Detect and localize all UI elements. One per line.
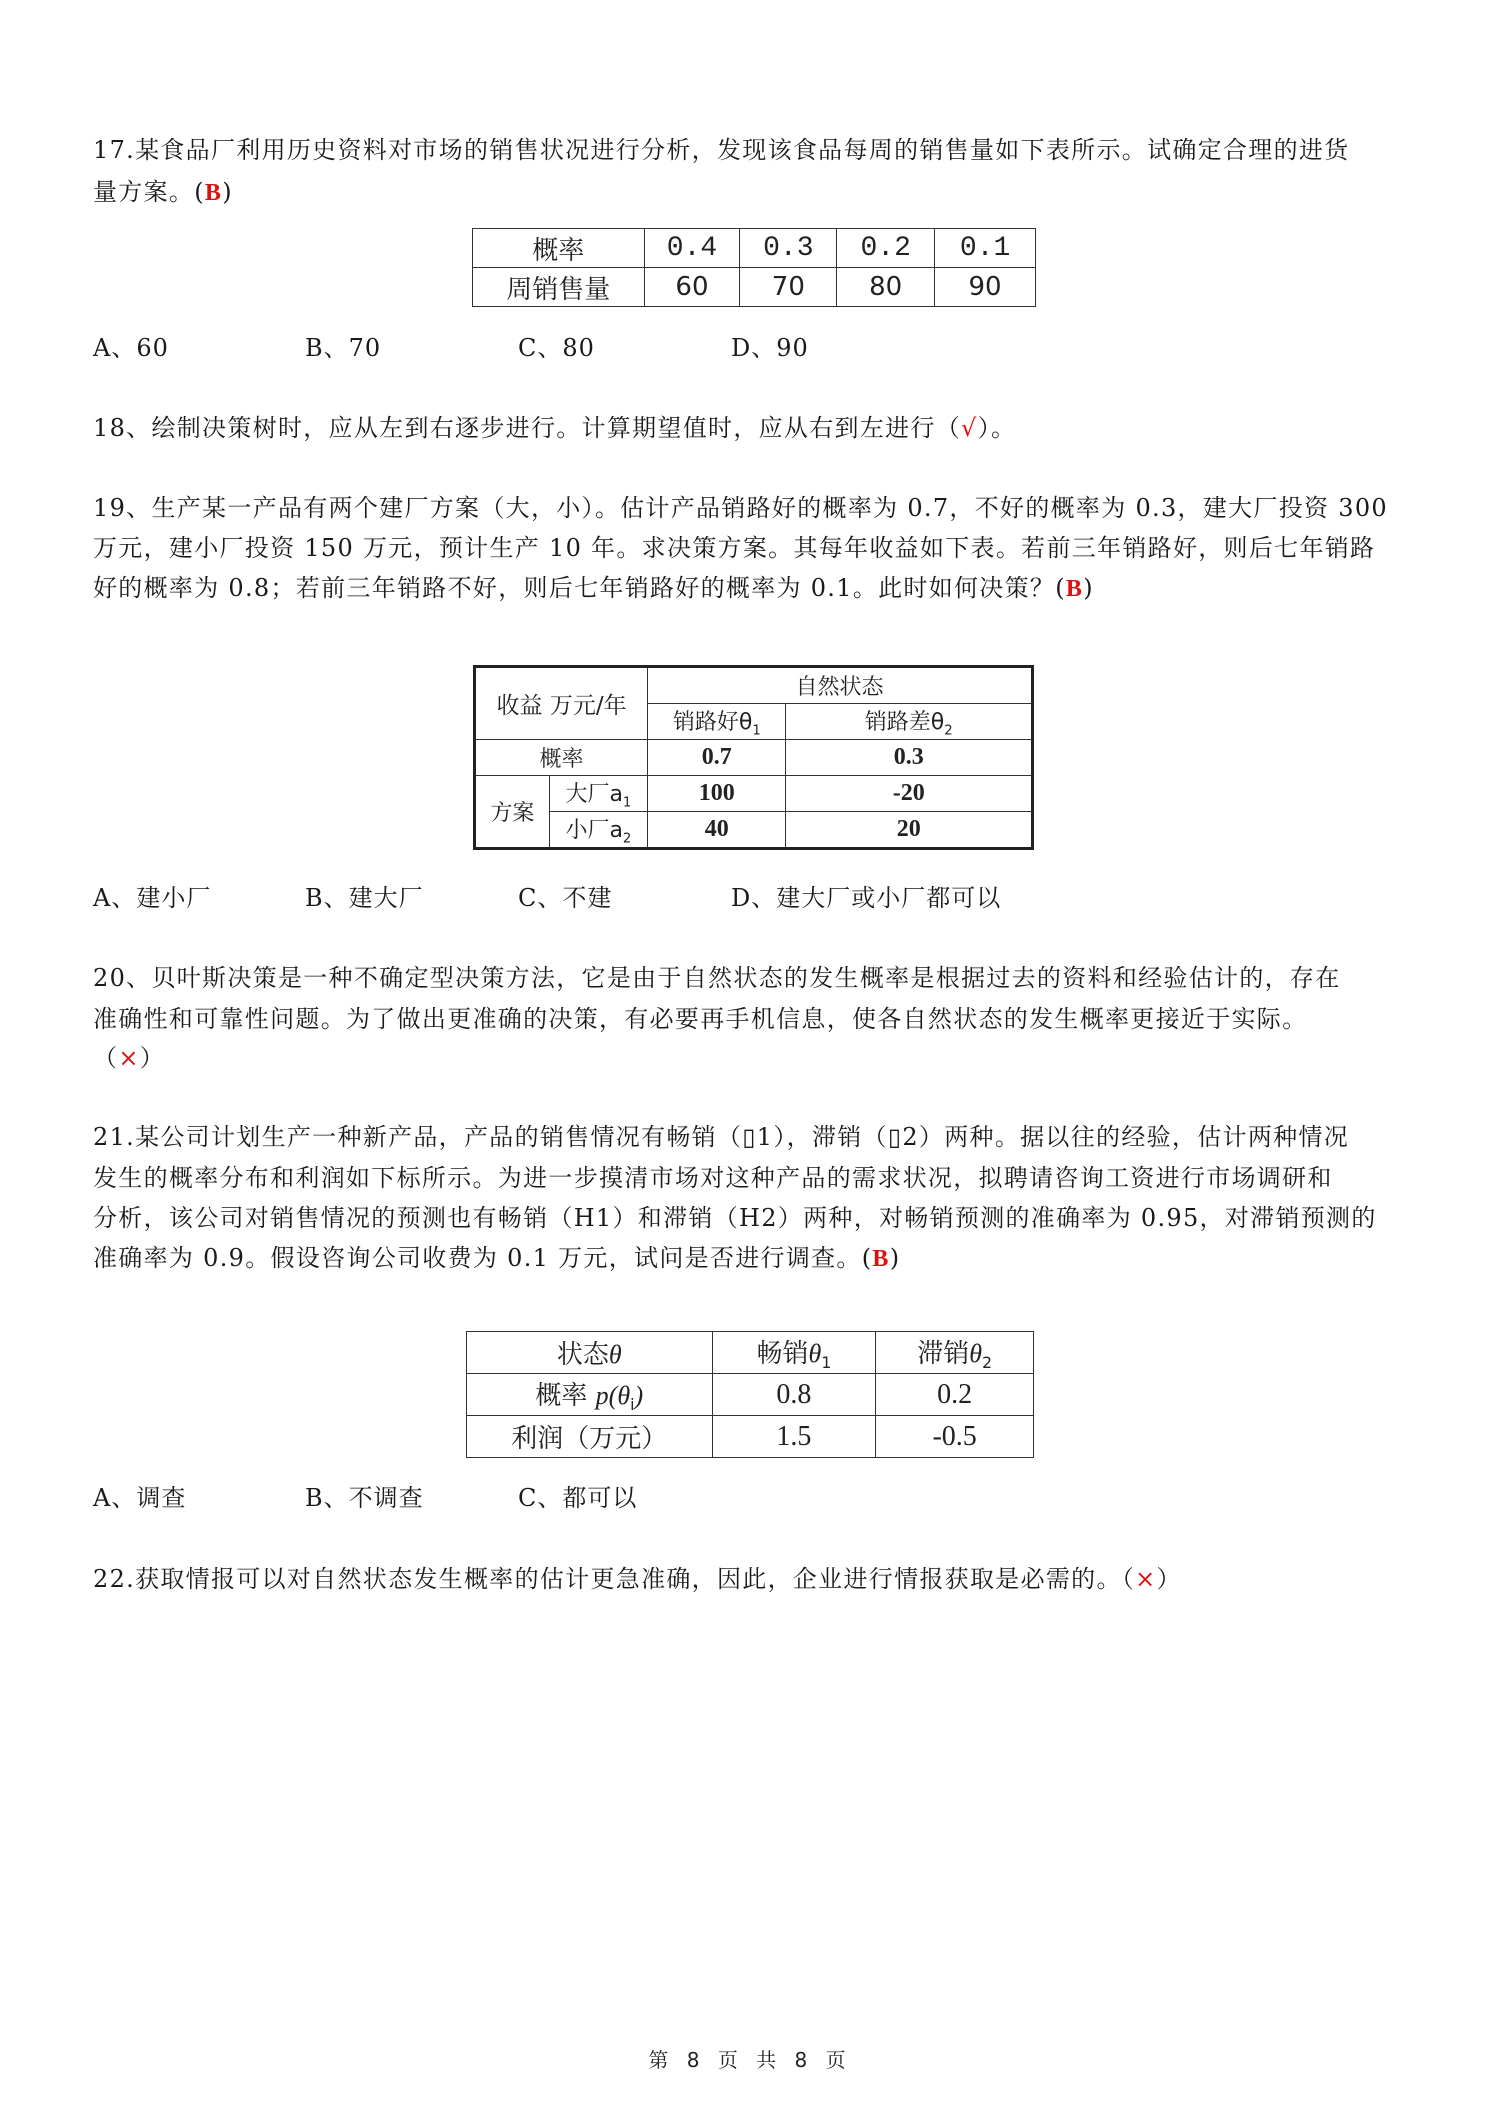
answer-paren-close: ) <box>1083 574 1094 602</box>
table-corner-cell: 收益 万元/年 <box>475 667 648 740</box>
subscript: 2 <box>982 1354 992 1372</box>
answer-paren-open: ( <box>862 1244 873 1272</box>
col-good-label: 销路好θ <box>673 710 752 735</box>
table-cell: 概率 <box>473 229 645 268</box>
q20-line-3: （×） <box>93 1043 165 1073</box>
q19-line-2: 万元，建小厂投资 150 万元，预计生产 10 年。求决策方案。其每年收益如下表… <box>93 533 1375 563</box>
q19-line-3: 好的概率为 0.8；若前三年销路不好，则后七年销路好的概率为 0.1。此时如何决… <box>93 573 1094 604</box>
table-cell: 0.1 <box>935 229 1036 268</box>
table-cell: -0.5 <box>876 1416 1034 1458</box>
table-cell: -20 <box>786 776 1033 812</box>
answer-paren-close: ) <box>890 1244 901 1272</box>
q22-tail: ） <box>1157 1565 1182 1593</box>
table-cell: 20 <box>786 812 1033 849</box>
table-cell: 60 <box>644 268 740 307</box>
q21-line-4-text: 准确率为 0.9。假设咨询公司收费为 0.1 万元，试问是否进行调查。 <box>93 1244 862 1272</box>
table-header-cell: 自然状态 <box>648 667 1033 704</box>
paren-close: ) <box>634 1381 643 1410</box>
q21-line-3: 分析，该公司对销售情况的预测也有畅销（H1）和滞销（H2）两种，对畅销预测的准确… <box>93 1203 1377 1233</box>
table-header-cell: 滞销θ2 <box>876 1332 1034 1374</box>
subscript: 2 <box>944 723 952 738</box>
table-row: 概率 0.4 0.3 0.2 0.1 <box>473 229 1036 268</box>
q17-option-c: C、80 <box>518 333 595 363</box>
question-18: 18、绘制决策树时，应从左到右逐步进行。计算期望值时，应从右到左进行（√）。 <box>93 413 1016 443</box>
cross-mark-icon: × <box>118 1044 139 1072</box>
table-cell: 概率 <box>475 740 648 776</box>
theta-symbol: θ <box>809 1339 822 1368</box>
q20-line-1: 20、贝叶斯决策是一种不确定型决策方法，它是由于自然状态的发生概率是根据过去的资… <box>93 963 1341 993</box>
q21-answer: B <box>872 1246 889 1272</box>
q21-option-a: A、调查 <box>93 1483 186 1513</box>
table-cell: 70 <box>740 268 837 307</box>
table-cell: 0.8 <box>712 1374 876 1416</box>
table-cell: 90 <box>935 268 1036 307</box>
big-plant-label: 大厂a <box>565 782 622 807</box>
q21-line-2: 发生的概率分布和利润如下标所示。为进一步摸清市场对这种产品的需求状况，拟聘请咨询… <box>93 1163 1333 1193</box>
q21-line-4: 准确率为 0.9。假设咨询公司收费为 0.1 万元，试问是否进行调查。(B) <box>93 1243 900 1274</box>
table-cell: 0.7 <box>648 740 786 776</box>
state-label: 状态 <box>557 1340 609 1370</box>
q17-option-a: A、60 <box>93 333 169 363</box>
table-header-cell: 状态θ <box>467 1332 713 1374</box>
small-plant-label: 小厂a <box>565 818 622 843</box>
table-cell: 小厂a2 <box>549 812 647 849</box>
answer-paren-close: ) <box>222 178 233 206</box>
question-22: 22.获取情报可以对自然状态发生概率的估计更急准确，因此，企业进行情报获取是必需… <box>93 1564 1182 1594</box>
q21-line-1: 21.某公司计划生产一种新产品，产品的销售情况有畅销（▯1），滞销（▯2）两种。… <box>93 1122 1349 1152</box>
table-cell: 40 <box>648 812 786 849</box>
q17-line-2: 量方案。(B) <box>93 177 233 208</box>
table-header-cell: 畅销θ1 <box>712 1332 876 1374</box>
slow-sale-label: 滞销 <box>917 1339 969 1369</box>
table-cell: 0.3 <box>740 229 837 268</box>
table-cell: 100 <box>648 776 786 812</box>
table-cell: 0.2 <box>837 229 935 268</box>
table-cell: 0.4 <box>644 229 740 268</box>
subscript: 1 <box>752 723 760 738</box>
hot-sale-label: 畅销 <box>757 1339 809 1369</box>
q17-option-b: B、70 <box>305 333 381 363</box>
table-row: 收益 万元/年 自然状态 <box>475 667 1033 704</box>
q19-option-c: C、不建 <box>518 883 612 913</box>
table-row: 概率 p(θi) 0.8 0.2 <box>467 1374 1034 1416</box>
table-row: 概率 0.7 0.3 <box>475 740 1033 776</box>
table-cell: 方案 <box>475 776 550 849</box>
q17-option-d: D、90 <box>731 333 809 363</box>
q19-option-a: A、建小厂 <box>93 883 211 913</box>
subscript: 1 <box>821 1354 831 1372</box>
table-row: 小厂a2 40 20 <box>475 812 1033 849</box>
table-header-cell: 销路好θ1 <box>648 704 786 740</box>
q17-answer: B <box>205 180 222 206</box>
q22-text: 22.获取情报可以对自然状态发生概率的估计更急准确，因此，企业进行情报获取是必需… <box>93 1565 1135 1593</box>
subscript: 2 <box>623 831 631 846</box>
q19-option-d: D、建大厂或小厂都可以 <box>731 883 1001 913</box>
table-row: 方案 大厂a1 100 -20 <box>475 776 1033 812</box>
q20-line-2: 准确性和可靠性问题。为了做出更准确的决策，有必要再手机信息，使各自然状态的发生概… <box>93 1004 1307 1034</box>
q19-line-1: 19、生产某一产品有两个建厂方案（大，小）。估计产品销路好的概率为 0.7，不好… <box>93 493 1388 523</box>
table-cell: 0.2 <box>876 1374 1034 1416</box>
q19-line-3-text: 好的概率为 0.8；若前三年销路不好，则后七年销路好的概率为 0.1。此时如何决… <box>93 574 1055 602</box>
q19-answer: B <box>1066 576 1083 602</box>
mark-paren-open: （ <box>93 1044 118 1072</box>
table-row: 周销售量 60 70 80 90 <box>473 268 1036 307</box>
table-cell: 80 <box>837 268 935 307</box>
q19-option-b: B、建大厂 <box>305 883 424 913</box>
theta-symbol: θ <box>969 1339 982 1368</box>
probability-label: 概率 <box>535 1381 595 1411</box>
mark-paren-close: ） <box>140 1044 165 1072</box>
q17-line-1: 17.某食品厂利用历史资料对市场的销售状况进行分析，发现该食品每周的销售量如下表… <box>93 135 1349 165</box>
q19-payoff-table: 收益 万元/年 自然状态 销路好θ1 销路差θ2 概率 0.7 0.3 方案 大… <box>473 665 1034 850</box>
q17-sales-table: 概率 0.4 0.3 0.2 0.1 周销售量 60 70 80 90 <box>472 228 1036 307</box>
cross-mark-icon: × <box>1135 1565 1156 1593</box>
table-cell: 利润（万元） <box>467 1416 713 1458</box>
answer-paren-open: ( <box>194 178 205 206</box>
table-cell: 1.5 <box>712 1416 876 1458</box>
subscript: 1 <box>623 795 631 810</box>
table-cell: 概率 p(θi) <box>467 1374 713 1416</box>
q21-option-b: B、不调查 <box>305 1483 424 1513</box>
q21-profit-table: 状态θ 畅销θ1 滞销θ2 概率 p(θi) 0.8 0.2 利润（万元） 1.… <box>466 1331 1034 1458</box>
check-mark-icon: √ <box>961 414 978 442</box>
table-row: 利润（万元） 1.5 -0.5 <box>467 1416 1034 1458</box>
table-cell: 周销售量 <box>473 268 645 307</box>
table-cell: 大厂a1 <box>549 776 647 812</box>
probability-symbol: p(θ <box>596 1381 630 1410</box>
q18-tail: ）。 <box>978 414 1017 442</box>
answer-paren-open: ( <box>1055 574 1066 602</box>
q17-line-2-text: 量方案。 <box>93 178 194 206</box>
table-header-cell: 销路差θ2 <box>786 704 1033 740</box>
theta-symbol: θ <box>609 1340 622 1369</box>
q18-text: 18、绘制决策树时，应从左到右逐步进行。计算期望值时，应从右到左进行（ <box>93 414 961 442</box>
col-bad-label: 销路差θ <box>865 710 944 735</box>
table-cell: 0.3 <box>786 740 1033 776</box>
page-number-footer: 第 8 页 共 8 页 <box>0 2044 1500 2073</box>
table-row: 状态θ 畅销θ1 滞销θ2 <box>467 1332 1034 1374</box>
q21-option-c: C、都可以 <box>518 1483 637 1513</box>
